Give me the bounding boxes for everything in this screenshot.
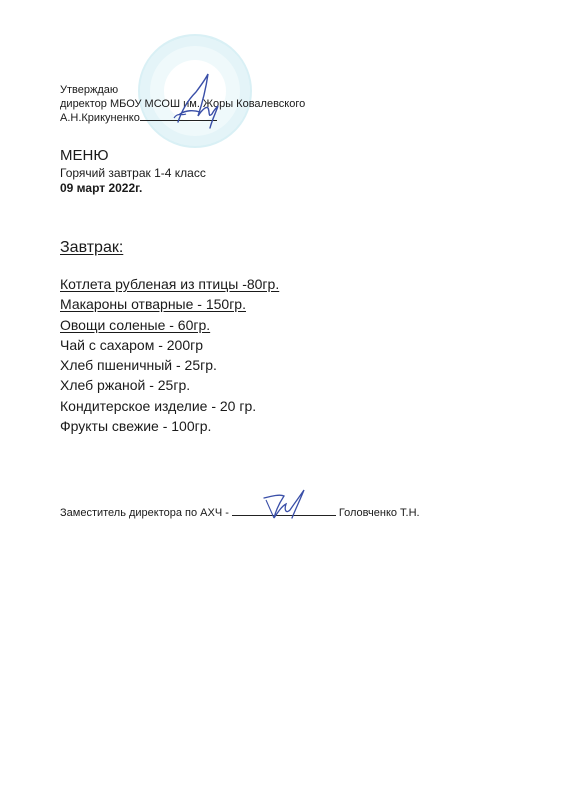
approval-signature-line: А.Н.Крикуненко (60, 111, 217, 125)
footer-signature-underline (232, 506, 336, 516)
menu-item: Фрукты свежие - 100гр. (60, 416, 279, 436)
approval-director-name: А.Н.Крикуненко (60, 112, 140, 124)
footer-signature-block: Заместитель директора по АХЧ -Головченко… (60, 506, 420, 520)
menu-date: 09 март 2022г. (60, 181, 142, 195)
menu-items-list: Котлета рубленая из птицы -80гр. Макарон… (60, 274, 279, 436)
menu-title: МЕНЮ (60, 147, 109, 164)
menu-item: Овощи соленые - 60гр. (60, 315, 279, 335)
approval-label: Утверждаю (60, 84, 118, 97)
menu-item: Котлета рубленая из птицы -80гр. (60, 274, 279, 294)
menu-item: Хлеб пшеничный - 25гр. (60, 355, 279, 375)
menu-item: Кондитерское изделие - 20 гр. (60, 396, 279, 416)
official-stamp (138, 34, 252, 148)
menu-item: Хлеб ржаной - 25гр. (60, 375, 279, 395)
footer-position: Заместитель директора по АХЧ - (60, 507, 229, 519)
menu-item: Чай с сахаром - 200гр (60, 335, 279, 355)
section-title: Завтрак: (60, 238, 123, 257)
menu-item: Макароны отварные - 150гр. (60, 294, 279, 314)
menu-subtitle: Горячий завтрак 1-4 класс (60, 166, 206, 180)
signature-underline (140, 111, 217, 121)
footer-name: Головченко Т.Н. (339, 507, 420, 519)
approval-director-title: директор МБОУ МСОШ им. Жоры Ковалевского (60, 98, 305, 111)
